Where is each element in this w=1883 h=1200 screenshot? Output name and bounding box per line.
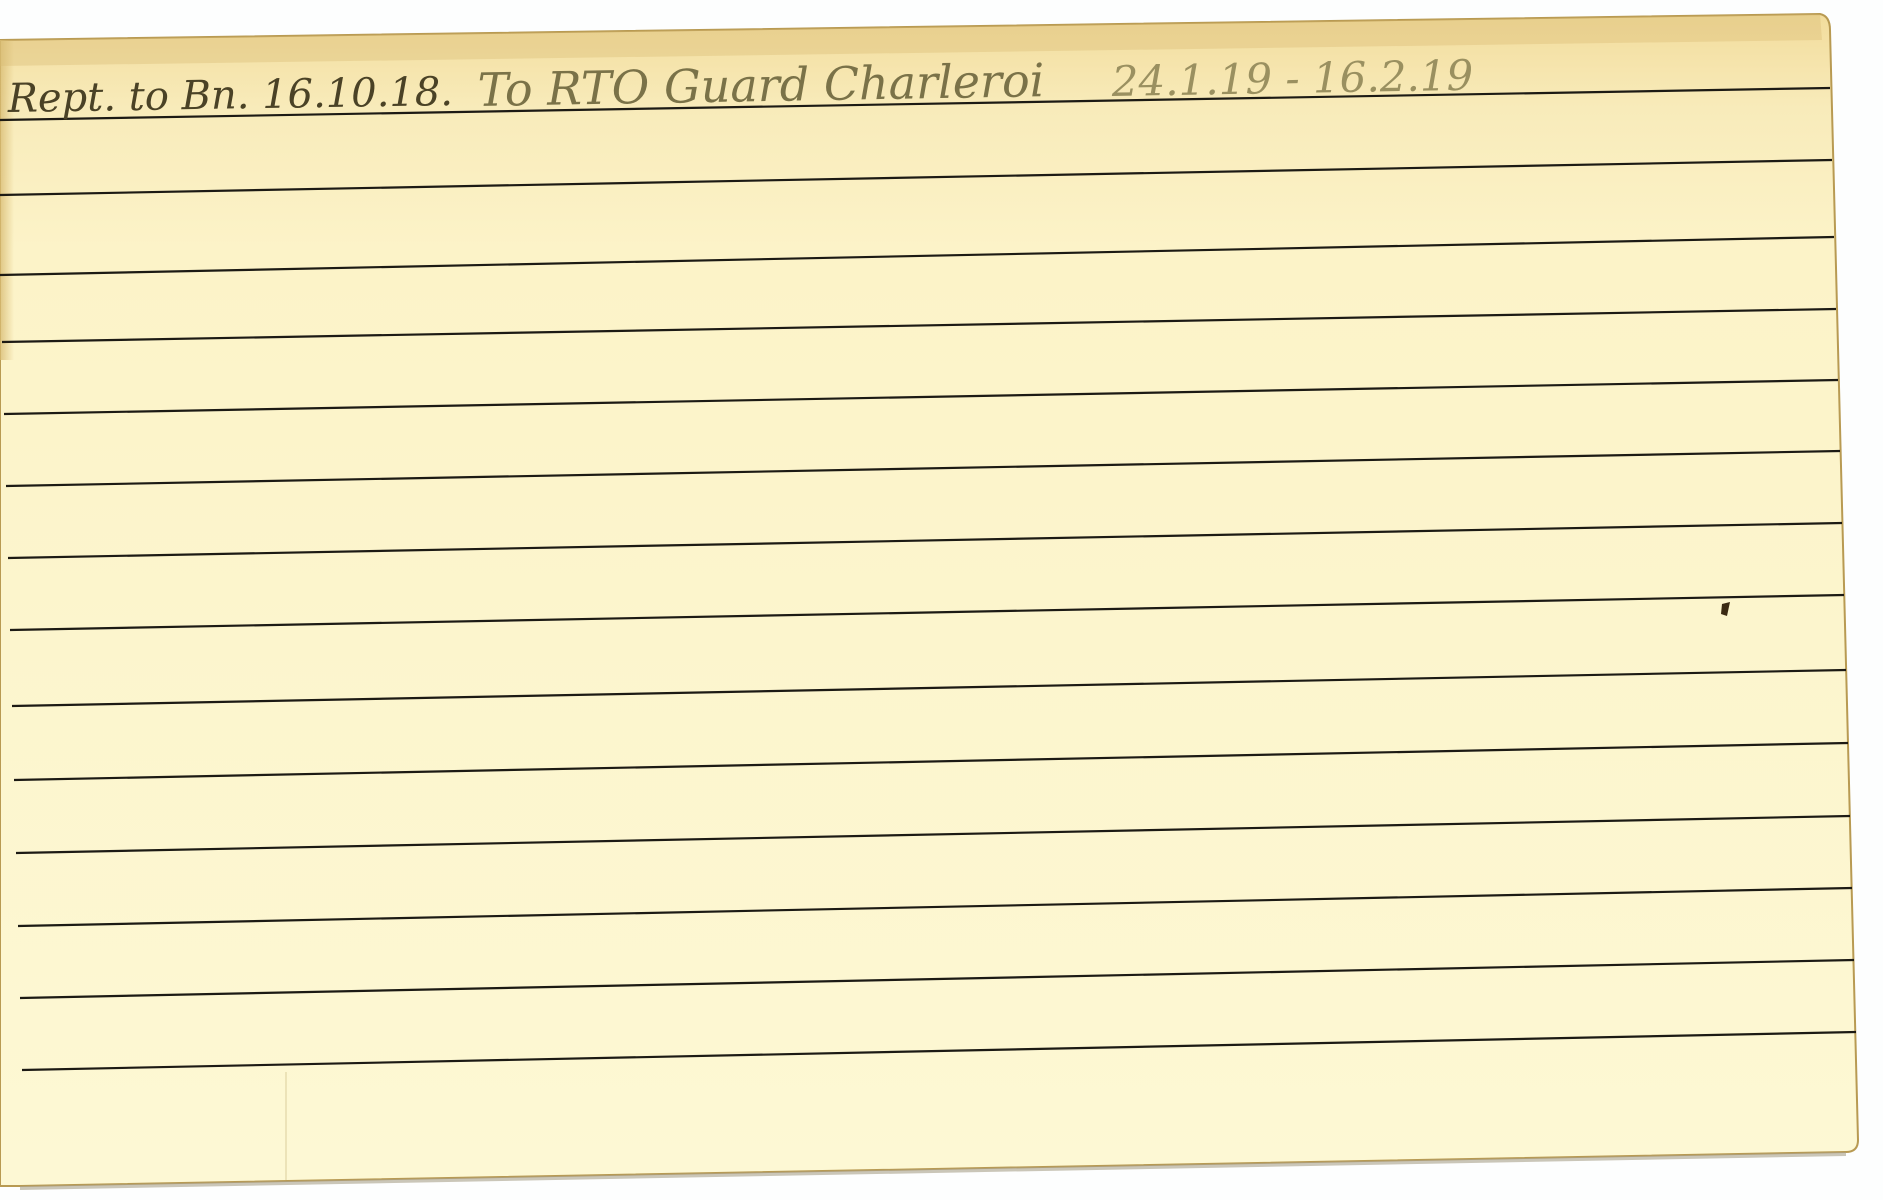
entry-rto-guard-charleroi: To RTO Guard Charleroi [477, 53, 1045, 117]
entry-date-range: 24.1.19 - 16.2.19 [1110, 51, 1473, 106]
card-graphic: Rept. to Bn. 16.10.18. To RTO Guard Char… [0, 0, 1883, 1200]
index-card: Rept. to Bn. 16.10.18. To RTO Guard Char… [0, 0, 1883, 1200]
scan-background: Rept. to Bn. 16.10.18. To RTO Guard Char… [0, 0, 1883, 1200]
entry-return-to-battalion: Rept. to Bn. 16.10.18. [6, 69, 453, 122]
